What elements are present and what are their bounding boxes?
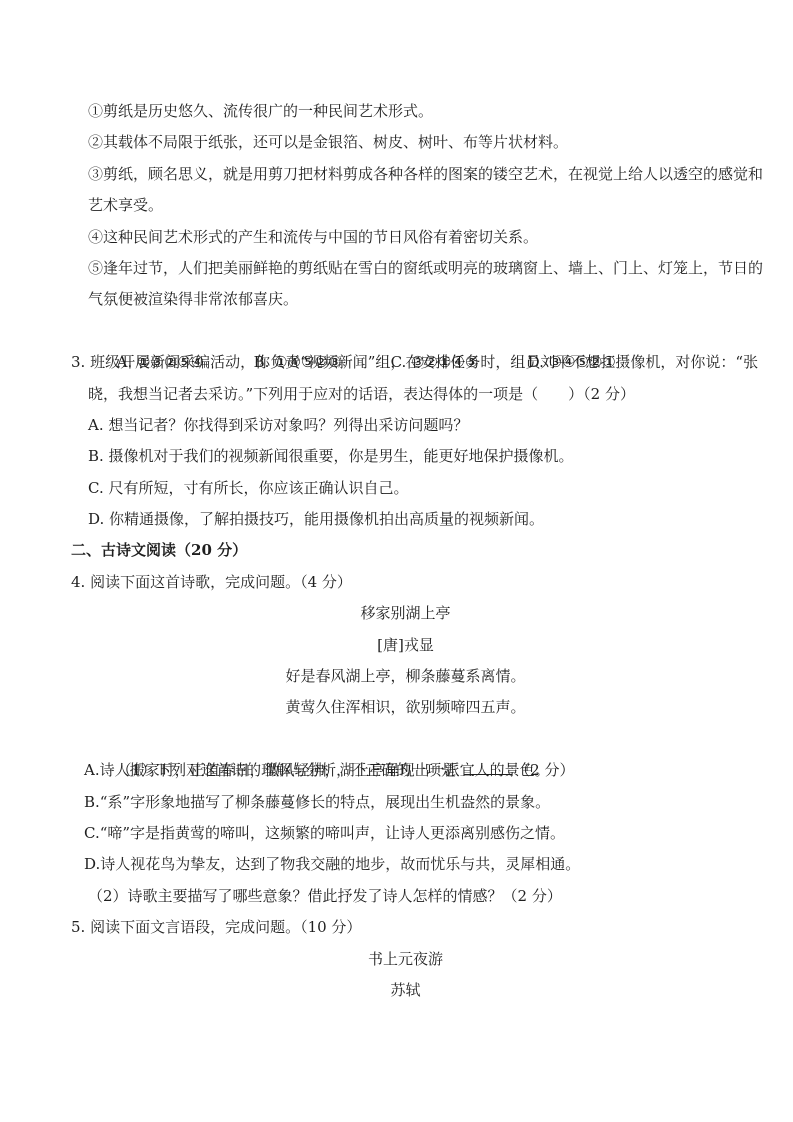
page-content: ①剪纸是历史悠久、流传很广的一种民间艺术形式。 ②其载体不局限于纸张，还可以是金… <box>0 96 793 1006</box>
sentence-5-line-2: 气氛便被渲染得非常浓郁喜庆。 <box>0 284 793 315</box>
q4-sub1-option-d: D.诗人视花鸟为挚友，达到了物我交融的地步，故而忧乐与共，灵犀相通。 <box>0 849 793 880</box>
q2-options-row: A. ①③②⑤④B. ①④⑤②③C. ③②①④⑤D. ③④⑤②① <box>0 316 793 347</box>
q3-option-a: A. 想当记者？你找得到采访对象吗？列得出采访问题吗？ <box>0 410 793 441</box>
sentence-3-line-2: 艺术享受。 <box>0 190 793 221</box>
sentence-5-line-1: ⑤逢年过节，人们把美丽鲜艳的剪纸贴在雪白的窗纸或明亮的玻璃窗上、墙上、门上、灯笼… <box>0 253 793 284</box>
q3-option-d: D. 你精通摄像，了解拍摄技巧，能用摄像机拍出高质量的视频新闻。 <box>0 504 793 535</box>
q3-stem-line-2: 晓，我想当记者去采访。”下列用于应对的话语，表达得体的一项是（ ）（2 分） <box>0 379 793 410</box>
poem-title: 移家别湖上亭 <box>0 598 793 629</box>
q3-option-b: B. 摄像机对于我们的视频新闻很重要，你是男生，能更好地保护摄像机。 <box>0 441 793 472</box>
exam-paper-page: ①剪纸是历史悠久、流传很广的一种民间艺术形式。 ②其载体不局限于纸张，还可以是金… <box>0 0 793 1122</box>
q3-option-c: C. 尺有所短，寸有所长，你应该正确认识自己。 <box>0 473 793 504</box>
prose-author: 苏轼 <box>0 975 793 1006</box>
poem-verse-1: 好是春风湖上亭，柳条藤蔓系离情。 <box>0 661 793 692</box>
sentence-2: ②其载体不局限于纸张，还可以是金银箔、树皮、树叶、布等片状材料。 <box>0 127 793 158</box>
q4-sub2-stem: （2）诗歌主要描写了哪些意象？借此抒发了诗人怎样的情感？（2 分） <box>0 881 793 912</box>
q4-sub1-option-c: C.“啼”字是指黄莺的啼叫，这频繁的啼叫声，让诗人更添离别感伤之情。 <box>0 818 793 849</box>
prose-title: 书上元夜游 <box>0 944 793 975</box>
poem-verse-2: 黄莺久住浑相识，欲别频啼四五声。 <box>0 692 793 723</box>
sentence-3-line-1: ③剪纸，顾名思义，就是用剪刀把材料剪成各种各样的图案的镂空艺术，在视觉上给人以透… <box>0 159 793 190</box>
sentence-1: ①剪纸是历史悠久、流传很广的一种民间艺术形式。 <box>0 96 793 127</box>
q4-sub1-stem: （1）下列对这首诗的理解与分析，不正确的一项是（2 分） <box>0 724 793 755</box>
poem-author: [唐]戎显 <box>0 630 793 661</box>
q3-stem-line-1: 3. 班级开展新闻采编活动，你负责“视频新闻”组，在安排任务时，组员刘平不想扛摄… <box>0 347 793 378</box>
q4-intro: 4. 阅读下面这首诗歌，完成问题。（4 分） <box>0 567 793 598</box>
sentence-4: ④这种民间艺术形式的产生和流传与中国的节日风俗有着密切关系。 <box>0 222 793 253</box>
q5-intro: 5. 阅读下面文言语段，完成问题。（10 分） <box>0 912 793 943</box>
section-2-heading: 二、古诗文阅读（20 分） <box>0 535 793 566</box>
q4-sub1-option-b: B.“系”字形象地描写了柳条藤蔓修长的特点，展现出生机盎然的景象。 <box>0 787 793 818</box>
q4-sub1-option-a: A.诗人搬家时，正值春日，微风轻拂，湖上亭呈现出一派宜人的景色。 <box>0 755 793 786</box>
